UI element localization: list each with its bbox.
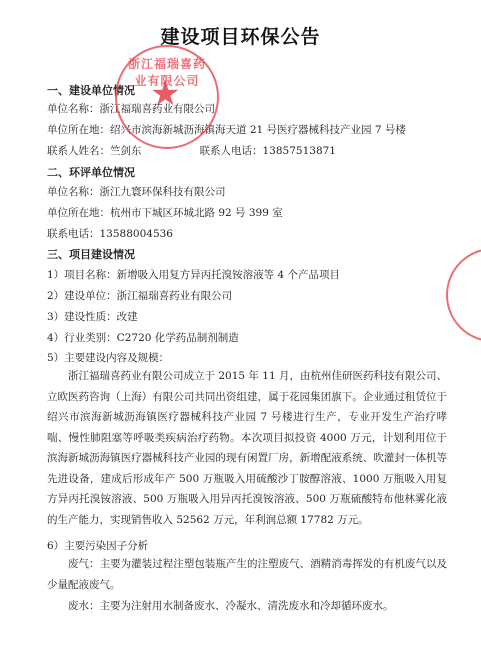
builder-address: 单位所在地：绍兴市滨海新城沥海镇海天道 21 号医疗器械科技产业园 7 号楼 <box>47 122 406 137</box>
project-nature: 3）建设性质：改建 <box>47 309 138 324</box>
eia-address: 单位所在地：杭州市下城区环城北路 92 号 399 室 <box>47 205 283 220</box>
project-scale-heading: 5）主要建设内容及规模： <box>47 350 169 365</box>
project-scale-body: 浙江福瑞喜药业有限公司成立于 2015 年 11 月，由杭州佳研医药科技有限公司… <box>47 366 447 530</box>
seal-text: 浙江福瑞喜药业有限公司 <box>127 55 207 89</box>
section3-heading: 三、项目建设情况 <box>47 246 135 262</box>
waste-gas: 废气：主要为灌装过程注塑包装瓶产生的注塑废气、酒精消毒挥发的有机废气以及少量配液… <box>47 554 447 595</box>
pollution-heading: 6）主要污染因子分析 <box>47 538 148 553</box>
eia-phone: 联系电话：13588004536 <box>47 226 173 241</box>
eia-name: 单位名称：浙江九寰环保科技有限公司 <box>47 184 226 199</box>
project-industry: 4）行业类别：C2720 化学药品制剂制造 <box>47 330 239 345</box>
contact-name: 联系人姓名：竺剑东 <box>47 145 142 157</box>
partial-seal <box>446 248 481 342</box>
builder-name: 单位名称：浙江福瑞喜药业有限公司 <box>47 101 215 116</box>
contact-phone: 联系人电话：13857513871 <box>200 145 336 157</box>
page-title: 建设项目环保公告 <box>0 22 481 49</box>
section2-heading: 二、环评单位情况 <box>47 164 135 180</box>
project-name: 1）项目名称：新增吸入用复方异丙托溴铵溶液等 4 个产品项目 <box>47 267 340 282</box>
section1-heading: 一、建设单位情况 <box>47 82 135 98</box>
waste-water: 废水：主要为注射用水制备废水、冷凝水、清洗废水和冷却循环废水。 <box>47 596 447 617</box>
builder-contact: 联系人姓名：竺剑东联系人电话：13857513871 <box>47 143 336 158</box>
project-builder: 2）建设单位：浙江福瑞喜药业有限公司 <box>47 288 232 303</box>
